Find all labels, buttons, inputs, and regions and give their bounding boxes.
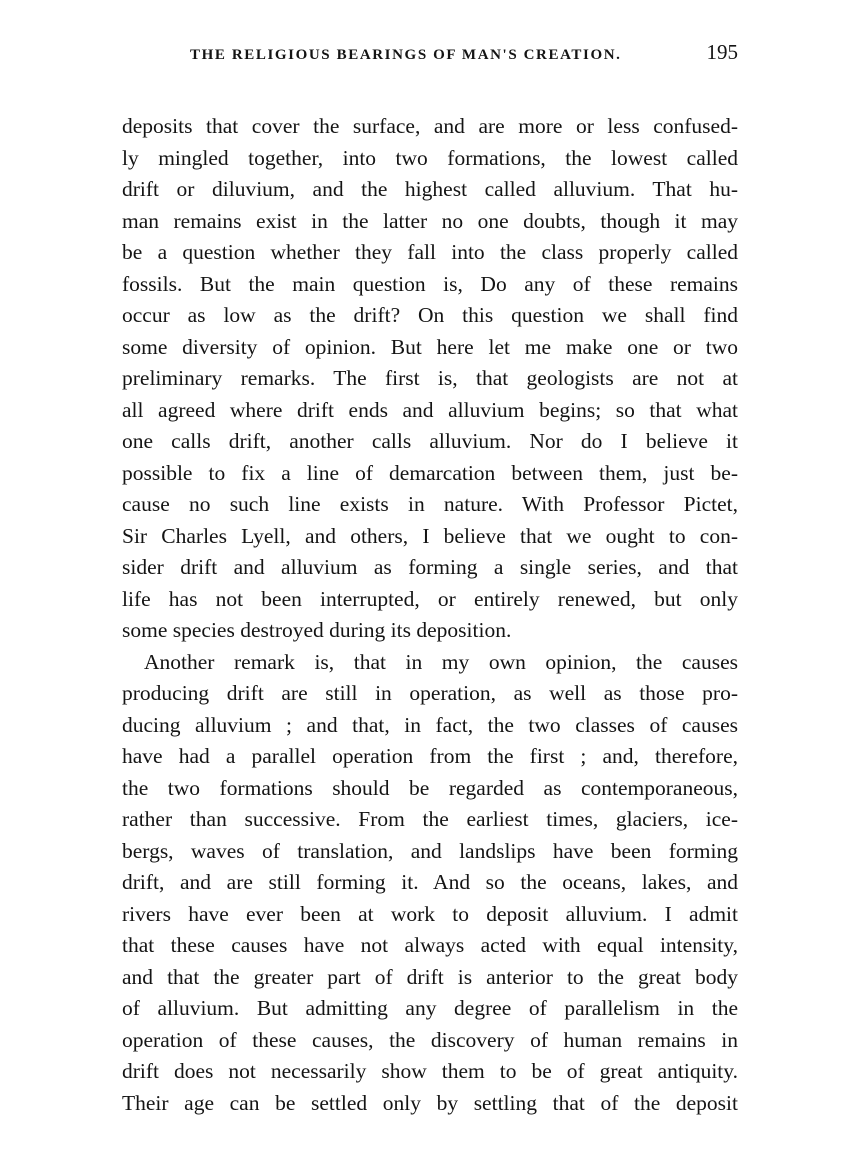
text-line: Another remark is, that in my own opinio… bbox=[122, 647, 738, 679]
text-line: life has not been interrupted, or entire… bbox=[122, 584, 738, 616]
text-line: all agreed where drift ends and alluvium… bbox=[122, 395, 738, 427]
text-line: cause no such line exists in nature. Wit… bbox=[122, 489, 738, 521]
text-line: of alluvium. But admitting any degree of… bbox=[122, 993, 738, 1025]
text-line: sider drift and alluvium as forming a si… bbox=[122, 552, 738, 584]
body-text: deposits that cover the surface, and are… bbox=[122, 111, 738, 1119]
text-line: some species destroyed during its deposi… bbox=[122, 615, 738, 647]
paragraph-2: Another remark is, that in my own opinio… bbox=[122, 647, 738, 1120]
text-line: Their age can be settled only by settlin… bbox=[122, 1088, 738, 1120]
text-line: ducing alluvium ; and that, in fact, the… bbox=[122, 710, 738, 742]
text-line: preliminary remarks. The first is, that … bbox=[122, 363, 738, 395]
page-number: 195 bbox=[707, 40, 739, 65]
text-line: operation of these causes, the discovery… bbox=[122, 1025, 738, 1057]
text-line: bergs, waves of translation, and landsli… bbox=[122, 836, 738, 868]
running-head: THE RELIGIOUS BEARINGS OF MAN'S CREATION… bbox=[190, 40, 738, 70]
text-line: drift does not necessarily show them to … bbox=[122, 1056, 738, 1088]
text-line: and that the greater part of drift is an… bbox=[122, 962, 738, 994]
text-line: the two formations should be regarded as… bbox=[122, 773, 738, 805]
text-line: Sir Charles Lyell, and others, I believe… bbox=[122, 521, 738, 553]
paragraph-1: deposits that cover the surface, and are… bbox=[122, 111, 738, 647]
text-line: drift, and are still forming it. And so … bbox=[122, 867, 738, 899]
text-line: producing drift are still in operation, … bbox=[122, 678, 738, 710]
text-line: fossils. But the main question is, Do an… bbox=[122, 269, 738, 301]
text-line: be a question whether they fall into the… bbox=[122, 237, 738, 269]
text-line: that these causes have not always acted … bbox=[122, 930, 738, 962]
text-line: man remains exist in the latter no one d… bbox=[122, 206, 738, 238]
text-line: one calls drift, another calls alluvium.… bbox=[122, 426, 738, 458]
text-line: have had a parallel operation from the f… bbox=[122, 741, 738, 773]
text-line: drift or diluvium, and the highest calle… bbox=[122, 174, 738, 206]
running-title: THE RELIGIOUS BEARINGS OF MAN'S CREATION… bbox=[190, 47, 622, 64]
text-line: some diversity of opinion. But here let … bbox=[122, 332, 738, 364]
text-line: deposits that cover the surface, and are… bbox=[122, 111, 738, 143]
text-line: ly mingled together, into two formations… bbox=[122, 143, 738, 175]
text-line: possible to fix a line of demarcation be… bbox=[122, 458, 738, 490]
text-line: rather than successive. From the earlies… bbox=[122, 804, 738, 836]
text-line: occur as low as the drift? On this quest… bbox=[122, 300, 738, 332]
text-line: rivers have ever been at work to deposit… bbox=[122, 899, 738, 931]
